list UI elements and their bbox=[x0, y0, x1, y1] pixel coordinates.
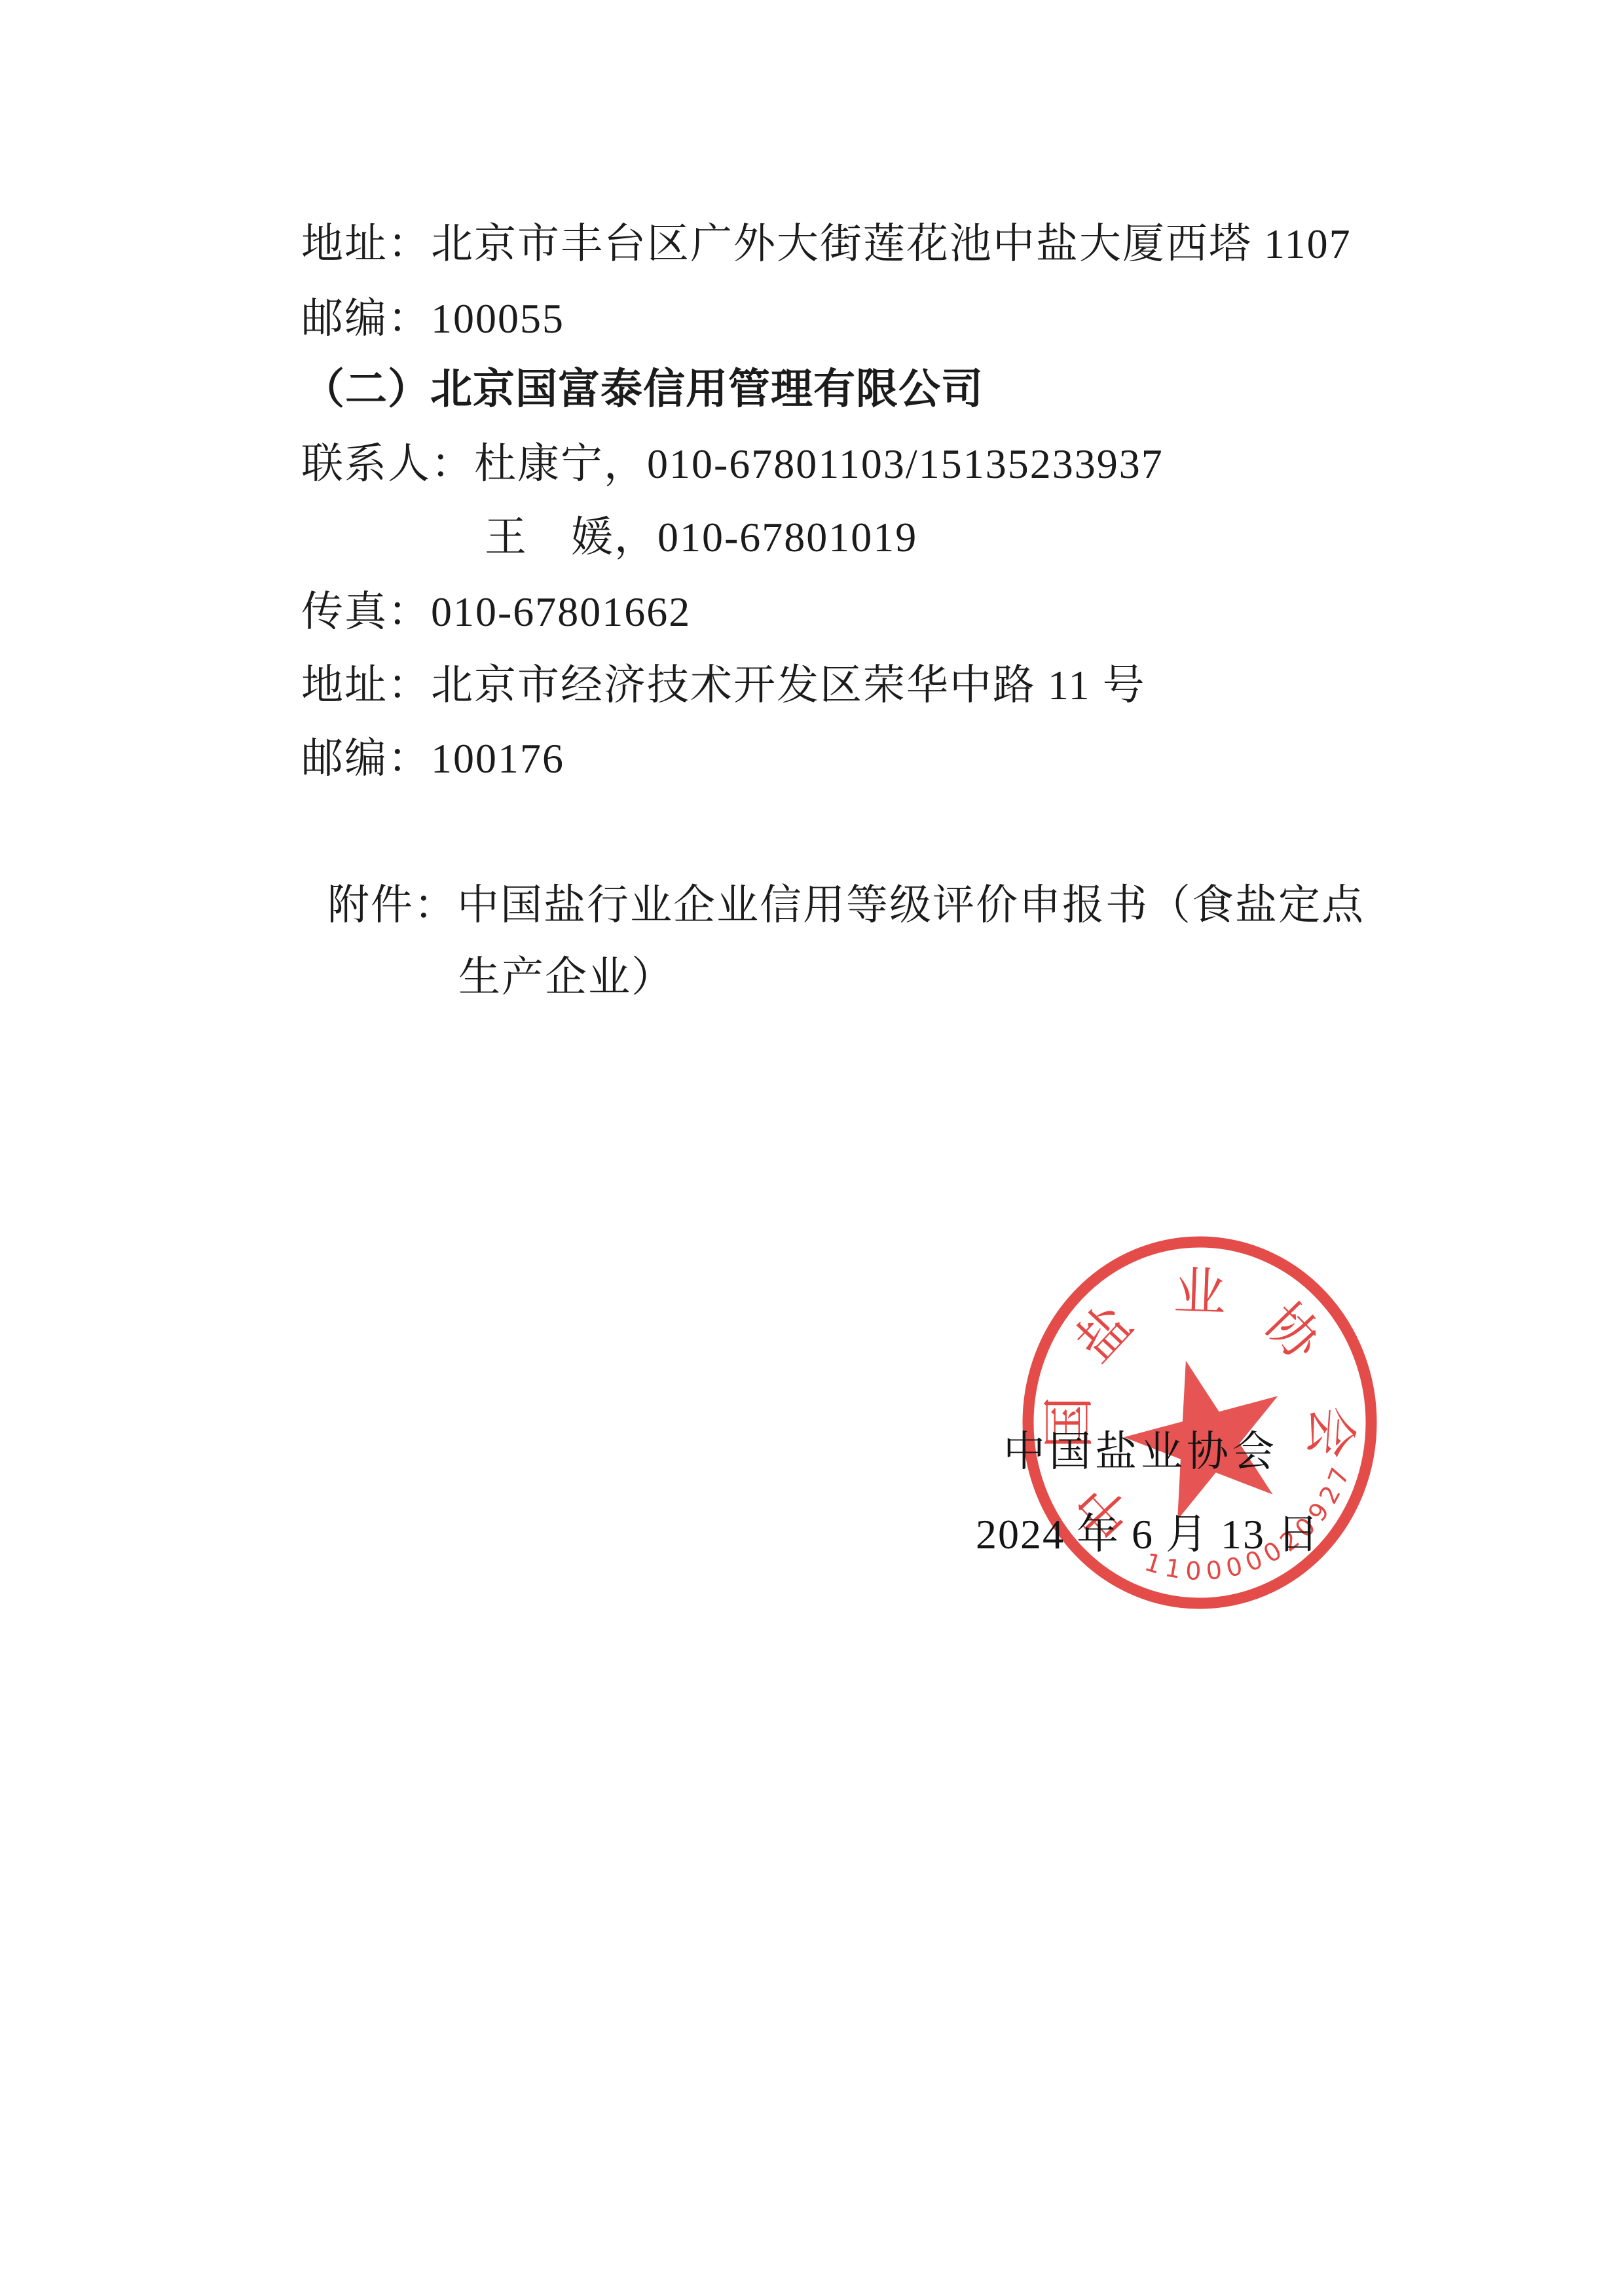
seal-ring-char: 会 bbox=[1299, 1404, 1359, 1460]
postcode-line-1: 邮编：100055 bbox=[301, 295, 564, 343]
contact-line-1: 联系人：杜康宁，010-67801103/15135233937 bbox=[301, 440, 1164, 488]
postcode-line-2: 邮编：100176 bbox=[301, 735, 564, 783]
seal-ring-char: 协 bbox=[1254, 1294, 1333, 1373]
signature-org: 中国盐业协会 bbox=[1003, 1418, 1278, 1478]
contact-line-2: 王 媛，010-67801019 bbox=[485, 513, 917, 562]
address-line-1: 地址：北京市丰台区广外大街莲花池中盐大厦西塔 1107 bbox=[301, 220, 1352, 268]
address-line-2: 地址：北京市经济技术开发区荣华中路 11 号 bbox=[301, 661, 1146, 710]
document-page: 地址：北京市丰台区广外大街莲花池中盐大厦西塔 1107 邮编：100055 （二… bbox=[0, 0, 1624, 2296]
signature-date: 2024 年 6 月 13 日 bbox=[976, 1501, 1320, 1561]
company-heading: （二）北京国富泰信用管理有限公司 bbox=[303, 365, 984, 414]
seal-ring-char: 盐 bbox=[1066, 1296, 1144, 1374]
attachment-line-2: 生产企业） bbox=[458, 953, 674, 1002]
fax-line: 传真：010-67801662 bbox=[301, 588, 691, 636]
seal-ring-char: 业 bbox=[1172, 1264, 1227, 1323]
attachment-line-1: 附件：中国盐行业企业信用等级评价申报书（食盐定点 bbox=[327, 881, 1365, 930]
